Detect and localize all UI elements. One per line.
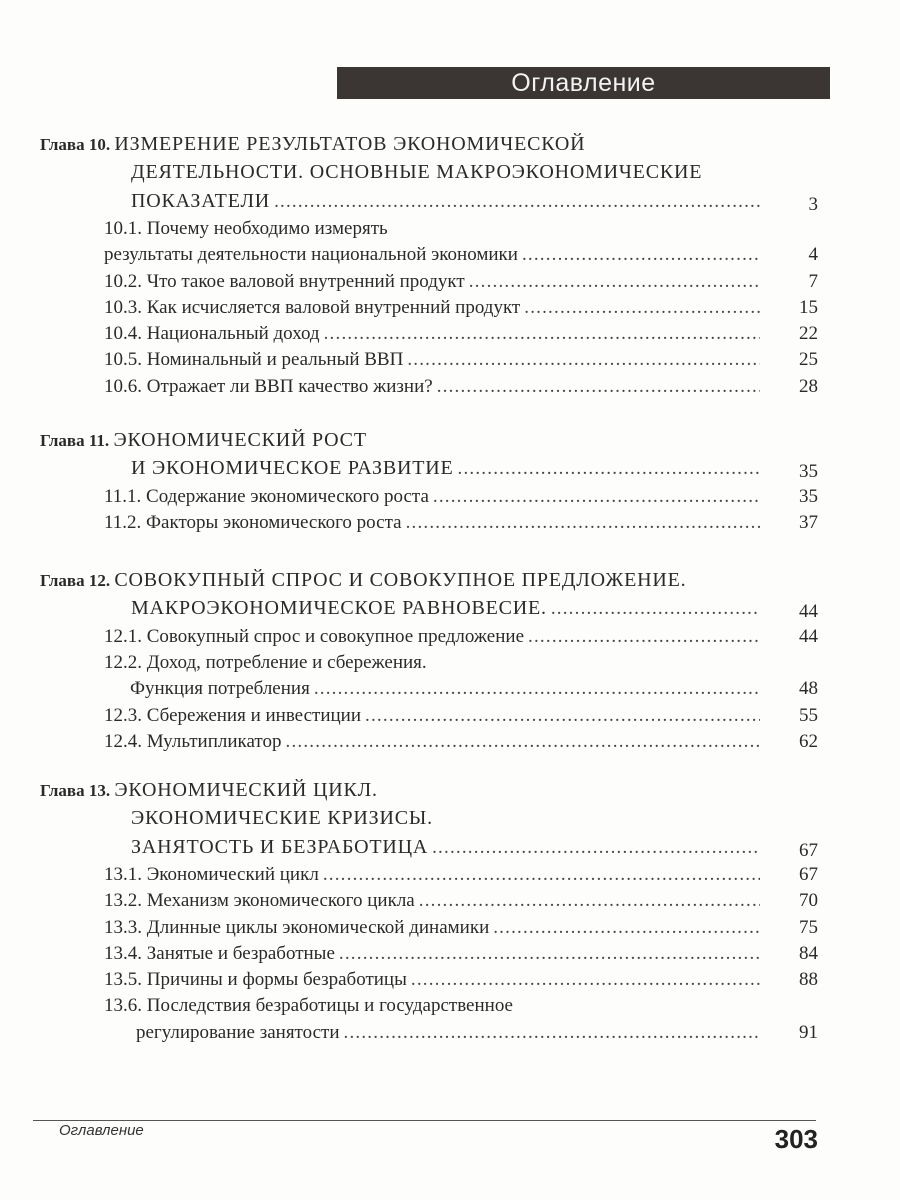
chapter-heading[interactable]: МАКРОЭКОНОМИЧЕСКОЕ РАВНОВЕСИЕ...........… — [131, 594, 760, 622]
section-title: регулирование занятости — [136, 1022, 340, 1043]
section-page-number: 88 — [799, 966, 818, 994]
section-title: 13.5. Причины и формы безработицы — [104, 969, 407, 990]
chapter-label: Глава 11. — [40, 431, 113, 450]
leader-dots: ........................................… — [524, 294, 760, 322]
leader-dots: ........................................… — [419, 887, 760, 915]
section-title: 12.2. Доход, потребление и сбережения. — [104, 652, 427, 673]
toc-section-entry[interactable]: 13.2. Механизм экономического цикла.....… — [104, 887, 760, 915]
chapter-title: ЭКОНОМИЧЕСКИЕ КРИЗИСЫ. — [131, 807, 433, 829]
leader-dots: ........................................… — [406, 509, 760, 537]
chapter-title: ДЕЯТЕЛЬНОСТИ. ОСНОВНЫЕ МАКРОЭКОНОМИЧЕСКИ… — [131, 161, 702, 183]
toc-section-entry[interactable]: 13.5. Причины и формы безработицы.......… — [104, 966, 760, 994]
section-page-number: 7 — [809, 268, 819, 296]
toc-section-entry[interactable]: 13.4. Занятые и безработные.............… — [104, 940, 760, 968]
toc-section-entry[interactable]: 10.5. Номинальный и реальный ВВП........… — [104, 346, 760, 374]
chapter-heading[interactable]: ПОКАЗАТЕЛИ..............................… — [131, 187, 760, 215]
section-title: 13.2. Механизм экономического цикла — [104, 890, 415, 911]
section-title: 10.3. Как исчисляется валовой внутренний… — [104, 297, 520, 318]
leader-dots: ........................................… — [469, 268, 760, 296]
toc-header-title: Оглавление — [511, 69, 655, 98]
footer-page-number: 303 — [775, 1124, 818, 1155]
chapter-heading[interactable]: ДЕЯТЕЛЬНОСТИ. ОСНОВНЫЕ МАКРОЭКОНОМИЧЕСКИ… — [131, 158, 702, 186]
toc-section-entry[interactable]: 10.1. Почему необходимо измерять — [104, 215, 388, 243]
toc-section-entry[interactable]: 12.1. Совокупный спрос и совокупное пред… — [104, 623, 760, 651]
chapter-page-number: 3 — [809, 191, 819, 219]
leader-dots: ........................................… — [339, 940, 760, 968]
toc-section-entry[interactable]: результаты деятельности национальной эко… — [104, 241, 760, 269]
leader-dots: ........................................… — [528, 623, 760, 651]
leader-dots: ........................................… — [433, 483, 760, 511]
section-page-number: 15 — [799, 294, 818, 322]
leader-dots: ........................................… — [324, 320, 760, 348]
leader-dots: ........................................… — [407, 346, 760, 374]
toc-section-entry[interactable]: Функция потребления.....................… — [130, 675, 760, 703]
leader-dots: ........................................… — [344, 1019, 761, 1047]
leader-dots: ........................................… — [551, 595, 760, 623]
leader-dots: ........................................… — [286, 728, 761, 756]
chapter-heading[interactable]: Глава 13. ЭКОНОМИЧЕСКИЙ ЦИКЛ. — [40, 776, 378, 804]
section-page-number: 91 — [799, 1019, 818, 1047]
section-page-number: 75 — [799, 914, 818, 942]
section-title: 12.3. Сбережения и инвестиции — [104, 705, 361, 726]
section-title: 10.5. Номинальный и реальный ВВП — [104, 349, 403, 370]
toc-section-entry[interactable]: регулирование занятости.................… — [136, 1019, 760, 1047]
section-title: 10.1. Почему необходимо измерять — [104, 218, 388, 239]
section-page-number: 48 — [799, 675, 818, 703]
toc-section-entry[interactable]: 13.1. Экономический цикл................… — [104, 861, 760, 889]
toc-section-entry[interactable]: 10.2. Что такое валовой внутренний проду… — [104, 268, 760, 296]
toc-section-entry[interactable]: 10.6. Отражает ли ВВП качество жизни?...… — [104, 373, 760, 401]
chapter-heading[interactable]: Глава 10. ИЗМЕРЕНИЕ РЕЗУЛЬТАТОВ ЭКОНОМИЧ… — [40, 130, 585, 158]
section-page-number: 70 — [799, 887, 818, 915]
chapter-heading[interactable]: ЗАНЯТОСТЬ И БЕЗРАБОТИЦА.................… — [131, 833, 760, 861]
section-title: 10.2. Что такое валовой внутренний проду… — [104, 271, 465, 292]
section-title: 12.4. Мультипликатор — [104, 731, 282, 752]
toc-section-entry[interactable]: 10.3. Как исчисляется валовой внутренний… — [104, 294, 760, 322]
chapter-title: МАКРОЭКОНОМИЧЕСКОЕ РАВНОВЕСИЕ. — [131, 597, 547, 619]
chapter-title: И ЭКОНОМИЧЕСКОЕ РАЗВИТИЕ — [131, 457, 454, 479]
chapter-label: Глава 10. — [40, 135, 114, 154]
chapter-heading[interactable]: И ЭКОНОМИЧЕСКОЕ РАЗВИТИЕ................… — [131, 454, 760, 482]
toc-section-entry[interactable]: 12.3. Сбережения и инвестиции...........… — [104, 702, 760, 730]
toc-header: Оглавление — [337, 67, 830, 99]
leader-dots: ........................................… — [458, 455, 761, 483]
toc-section-entry[interactable]: 11.2. Факторы экономического роста......… — [104, 509, 760, 537]
section-page-number: 4 — [809, 241, 819, 269]
section-title: 13.6. Последствия безработицы и государс… — [104, 995, 513, 1016]
leader-dots: ........................................… — [522, 241, 760, 269]
footer-divider — [33, 1120, 816, 1121]
section-title: результаты деятельности национальной эко… — [104, 244, 518, 265]
leader-dots: ........................................… — [314, 675, 760, 703]
chapter-title: ИЗМЕРЕНИЕ РЕЗУЛЬТАТОВ ЭКОНОМИЧЕСКОЙ — [114, 133, 585, 155]
chapter-label: Глава 13. — [40, 781, 114, 800]
toc-section-entry[interactable]: 10.4. Национальный доход................… — [104, 320, 760, 348]
section-page-number: 25 — [799, 346, 818, 374]
toc-section-entry[interactable]: 13.6. Последствия безработицы и государс… — [104, 992, 513, 1020]
toc-section-entry[interactable]: 12.2. Доход, потребление и сбережения. — [104, 649, 427, 677]
chapter-title: ПОКАЗАТЕЛИ — [131, 190, 270, 212]
section-page-number: 22 — [799, 320, 818, 348]
chapter-title: ЗАНЯТОСТЬ И БЕЗРАБОТИЦА — [131, 836, 428, 858]
leader-dots: ........................................… — [493, 914, 760, 942]
section-title: 12.1. Совокупный спрос и совокупное пред… — [104, 626, 524, 647]
section-page-number: 44 — [799, 623, 818, 651]
section-page-number: 84 — [799, 940, 818, 968]
section-title: 13.3. Длинные циклы экономической динами… — [104, 917, 489, 938]
chapter-heading[interactable]: ЭКОНОМИЧЕСКИЕ КРИЗИСЫ. — [131, 804, 433, 832]
leader-dots: ........................................… — [437, 373, 760, 401]
section-title: 10.6. Отражает ли ВВП качество жизни? — [104, 376, 433, 397]
toc-section-entry[interactable]: 11.1. Содержание экономического роста...… — [104, 483, 760, 511]
section-title: 11.1. Содержание экономического роста — [104, 486, 429, 507]
section-page-number: 55 — [799, 702, 818, 730]
chapter-label: Глава 12. — [40, 571, 114, 590]
chapter-title: СОВОКУПНЫЙ СПРОС И СОВОКУПНОЕ ПРЕДЛОЖЕНИ… — [114, 569, 686, 591]
section-title: 13.1. Экономический цикл — [104, 864, 319, 885]
section-page-number: 62 — [799, 728, 818, 756]
toc-section-entry[interactable]: 12.4. Мультипликатор....................… — [104, 728, 760, 756]
section-title: 11.2. Факторы экономического роста — [104, 512, 402, 533]
section-page-number: 67 — [799, 861, 818, 889]
chapter-heading[interactable]: Глава 12. СОВОКУПНЫЙ СПРОС И СОВОКУПНОЕ … — [40, 566, 686, 594]
section-title: 13.4. Занятые и безработные — [104, 943, 335, 964]
section-title: 10.4. Национальный доход — [104, 323, 320, 344]
leader-dots: ........................................… — [323, 861, 760, 889]
section-page-number: 35 — [799, 483, 818, 511]
leader-dots: ........................................… — [274, 188, 760, 216]
chapter-title: ЭКОНОМИЧЕСКИЙ ЦИКЛ. — [114, 779, 377, 801]
leader-dots: ........................................… — [365, 702, 760, 730]
footer-section-title: Оглавление — [59, 1122, 144, 1139]
chapter-title: ЭКОНОМИЧЕСКИЙ РОСТ — [113, 429, 366, 451]
section-page-number: 28 — [799, 373, 818, 401]
section-page-number: 37 — [799, 509, 818, 537]
leader-dots: ........................................… — [411, 966, 760, 994]
section-title: Функция потребления — [130, 678, 310, 699]
chapter-heading[interactable]: Глава 11. ЭКОНОМИЧЕСКИЙ РОСТ — [40, 426, 367, 454]
toc-section-entry[interactable]: 13.3. Длинные циклы экономической динами… — [104, 914, 760, 942]
leader-dots: ........................................… — [432, 834, 760, 862]
